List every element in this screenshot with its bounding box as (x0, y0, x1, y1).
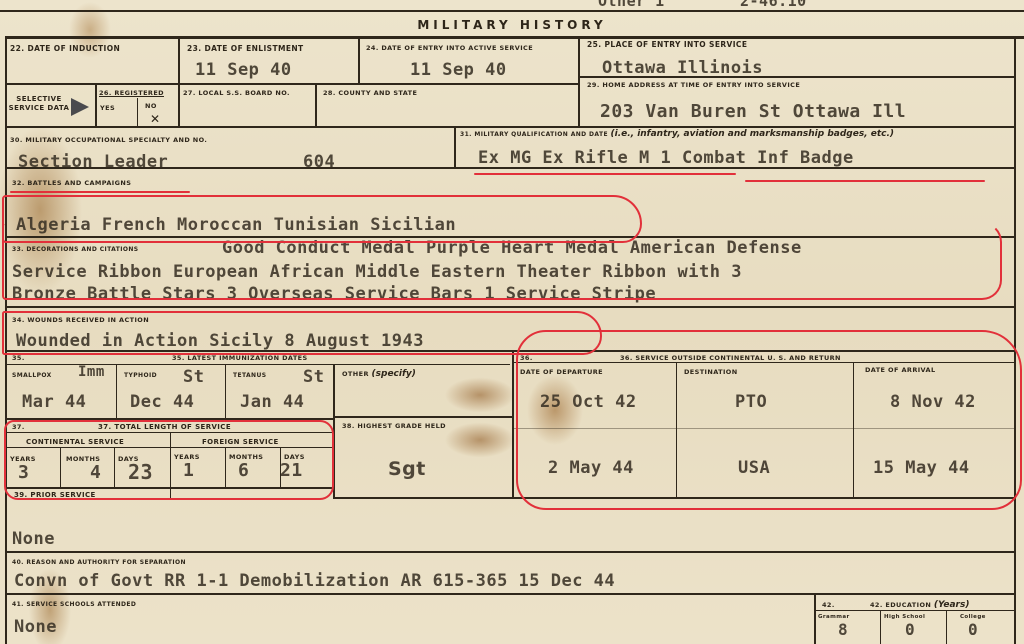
field-label-text: 31. Military Qualification and Date (460, 131, 608, 138)
section-title: MILITARY HISTORY (0, 18, 1024, 32)
column-header: Date of Arrival (865, 366, 936, 374)
field-number: 36. (520, 354, 533, 362)
education-label: 42. Education (870, 601, 931, 609)
field-label: 23. Date of Enlistment (187, 44, 304, 53)
smallpox-label: Smallpox (12, 372, 52, 379)
field-number: 35. (12, 354, 25, 362)
divider (333, 497, 1014, 499)
departure-date: 25 Oct 42 (540, 392, 637, 412)
field-label: 24. Date of Entry into Active Service (366, 44, 533, 52)
field-hint: (i.e., infantry, aviation and marksmansh… (611, 129, 895, 139)
top-strip-value: Other 1 (598, 0, 665, 10)
field-number: 42. (822, 601, 835, 609)
divider (178, 36, 180, 126)
military-qualification: Ex MG Ex Rifle M 1 Combat Inf Badge (478, 148, 854, 168)
divider (0, 10, 1024, 12)
column-header: Date of Departure (520, 368, 603, 376)
divider (60, 448, 61, 488)
highlight-underline (10, 191, 190, 193)
field-label: 28. County and State (323, 89, 417, 97)
grammar-years: 8 (838, 620, 848, 639)
field-label: 22. Date of Induction (10, 44, 120, 53)
registered-no-mark: ✕ (150, 112, 160, 126)
divider (676, 362, 677, 498)
divider (880, 610, 881, 644)
field-label: 30. Military Occupational Specialty and … (10, 136, 207, 144)
typhoid-note: St (183, 367, 204, 387)
divider (512, 362, 1014, 363)
divider (946, 610, 947, 644)
smallpox-date: Mar 44 (22, 392, 86, 412)
field-label: 36. Service Outside Continental U. S. an… (620, 354, 841, 362)
divider (5, 306, 1014, 308)
service-schools: None (14, 617, 57, 637)
tetanus-note: St (303, 367, 324, 387)
battles-campaigns: Algeria French Moroccan Tunisian Sicilia… (16, 215, 456, 235)
other-hint: (specify) (372, 369, 416, 379)
other-label-text: Other (342, 370, 369, 378)
decorations-line: Good Conduct Medal Purple Heart Medal Am… (222, 238, 802, 258)
divider (454, 126, 456, 168)
typhoid-label: Typhoid (124, 372, 157, 379)
field-label: 29. Home Address at Time of Entry into S… (587, 81, 800, 89)
divider (225, 448, 226, 488)
divider (95, 84, 97, 127)
wounds-received: Wounded in Action Sicily 8 August 1943 (16, 331, 424, 351)
selective-service-label: Selective Service Data (8, 95, 70, 113)
foreign-years: 1 (183, 460, 194, 481)
divider (853, 362, 854, 498)
divider (512, 428, 1014, 429)
divider (137, 98, 138, 127)
continental-label: Continental Service (26, 438, 124, 446)
divider (116, 364, 117, 419)
divider (5, 36, 1024, 39)
decorations-line: Service Ribbon European African Middle E… (12, 262, 742, 282)
registered-no-label: No (145, 102, 157, 110)
divider (814, 594, 816, 644)
divider (5, 487, 335, 489)
divider (315, 84, 317, 127)
foreign-months: 6 (238, 460, 249, 481)
divider (578, 36, 580, 126)
high-school-years: 0 (905, 620, 915, 639)
education-hint: (Years) (934, 600, 970, 610)
registered-yes-label: Yes (100, 104, 115, 112)
field-label: 25. Place of Entry into Service (587, 40, 747, 49)
continental-days: 23 (128, 460, 153, 484)
field-label: 42. Education (Years) (870, 600, 969, 610)
field-label: 39. Prior Service (14, 491, 96, 499)
foreign-days: 21 (280, 460, 303, 481)
highlight-underline (745, 180, 985, 182)
divider (5, 83, 579, 85)
other-label: Other (specify) (342, 369, 416, 379)
separation-reason: Convn of Govt RR 1-1 Demobilization AR 6… (14, 571, 615, 591)
field-label: 37. Total Length of Service (98, 423, 231, 431)
departure-date: 2 May 44 (548, 458, 634, 478)
destination: PTO (735, 392, 767, 412)
decorations-line: Bronze Battle Stars 3 Overseas Service B… (12, 284, 656, 304)
top-strip-value: 2-46.10 (740, 0, 807, 10)
tetanus-label: Tetanus (233, 372, 266, 379)
divider (5, 126, 1014, 128)
divider (1014, 36, 1016, 644)
field-label: 34. Wounds Received in Action (12, 316, 149, 324)
active-service-date: 11 Sep 40 (410, 60, 507, 80)
field-label: 31. Military Qualification and Date (i.e… (460, 129, 894, 139)
home-address: 203 Van Buren St Ottawa Ill (600, 101, 906, 122)
divider (512, 350, 514, 498)
divider (5, 551, 1014, 553)
occupational-specialty: Section Leader (18, 152, 168, 172)
divider (225, 364, 226, 419)
highest-grade: Sgt (388, 458, 426, 480)
field-number: 37. (12, 423, 25, 431)
field-label: 26. Registered (99, 89, 164, 97)
divider (114, 448, 115, 488)
college-years: 0 (968, 620, 978, 639)
field-label: 32. Battles and Campaigns (12, 179, 131, 187)
tetanus-date: Jan 44 (240, 392, 304, 412)
divider (578, 76, 1014, 78)
divider (5, 350, 1014, 352)
divider (358, 36, 360, 84)
field-label: 40. Reason and Authority for Separation (12, 559, 186, 566)
continental-years: 3 (18, 462, 29, 483)
foreign-label: Foreign Service (202, 438, 279, 446)
arrival-date: 15 May 44 (873, 458, 970, 478)
divider (5, 167, 1014, 169)
typhoid-date: Dec 44 (130, 392, 194, 412)
enlistment-date: 11 Sep 40 (195, 60, 292, 80)
right-arrow-icon (71, 98, 89, 116)
destination: USA (738, 458, 770, 478)
field-label: 38. Highest Grade Held (342, 422, 446, 430)
divider (333, 416, 513, 418)
field-label: 27. Local S.S. Board No. (183, 89, 290, 97)
divider (5, 593, 1014, 595)
highlight-underline (474, 173, 736, 175)
continental-months: 4 (90, 462, 101, 483)
smallpox-note: Imm (78, 364, 105, 380)
column-header: Destination (684, 368, 738, 376)
divider (814, 610, 1014, 611)
field-label: 41. Service Schools Attended (12, 601, 136, 608)
prior-service: None (12, 529, 55, 549)
divider (5, 447, 335, 448)
field-label: 35. Latest Immunization Dates (172, 354, 308, 362)
entry-place: Ottawa Illinois (602, 58, 763, 78)
arrival-date: 8 Nov 42 (890, 392, 976, 412)
field-label: 33. Decorations and Citations (12, 246, 139, 253)
divider (5, 418, 335, 420)
specialty-number: 604 (303, 152, 335, 172)
divider (333, 364, 335, 498)
